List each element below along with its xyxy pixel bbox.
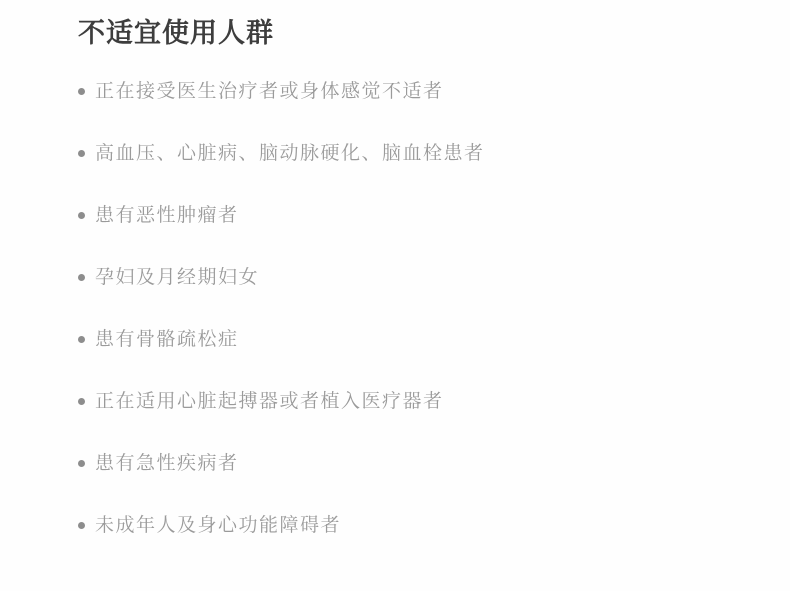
list-item: 患有骨骼疏松症 xyxy=(78,328,750,351)
list-item-label: 患有急性疾病者 xyxy=(95,452,239,475)
bullet-icon xyxy=(78,398,85,405)
list-item-label: 未成年人及身心功能障碍者 xyxy=(95,514,341,537)
list-item-label: 高血压、心脏病、脑动脉硬化、脑血栓患者 xyxy=(95,142,485,165)
list-item-label: 患有恶性肿瘤者 xyxy=(95,204,239,227)
list-item: 孕妇及月经期妇女 xyxy=(78,266,750,289)
list-item: 正在接受医生治疗者或身体感觉不适者 xyxy=(78,80,750,103)
bullet-icon xyxy=(78,460,85,467)
list-item-label: 孕妇及月经期妇女 xyxy=(95,266,259,289)
list-item-label: 正在接受医生治疗者或身体感觉不适者 xyxy=(95,80,444,103)
list-item-label: 正在适用心脏起搏器或者植入医疗器者 xyxy=(95,390,444,413)
list-item: 未成年人及身心功能障碍者 xyxy=(78,514,750,537)
list-item-label: 患有骨骼疏松症 xyxy=(95,328,239,351)
bullet-icon xyxy=(78,522,85,529)
unsuitable-users-section: 不适宜使用人群 正在接受医生治疗者或身体感觉不适者 高血压、心脏病、脑动脉硬化、… xyxy=(0,0,790,591)
list-item: 患有急性疾病者 xyxy=(78,452,750,475)
list-item: 患有恶性肿瘤者 xyxy=(78,204,750,227)
restriction-list: 正在接受医生治疗者或身体感觉不适者 高血压、心脏病、脑动脉硬化、脑血栓患者 患有… xyxy=(78,80,750,537)
bullet-icon xyxy=(78,150,85,157)
bullet-icon xyxy=(78,274,85,281)
list-item: 高血压、心脏病、脑动脉硬化、脑血栓患者 xyxy=(78,142,750,165)
bullet-icon xyxy=(78,88,85,95)
list-item: 正在适用心脏起搏器或者植入医疗器者 xyxy=(78,390,750,413)
bullet-icon xyxy=(78,212,85,219)
section-title: 不适宜使用人群 xyxy=(78,16,750,50)
bullet-icon xyxy=(78,336,85,343)
